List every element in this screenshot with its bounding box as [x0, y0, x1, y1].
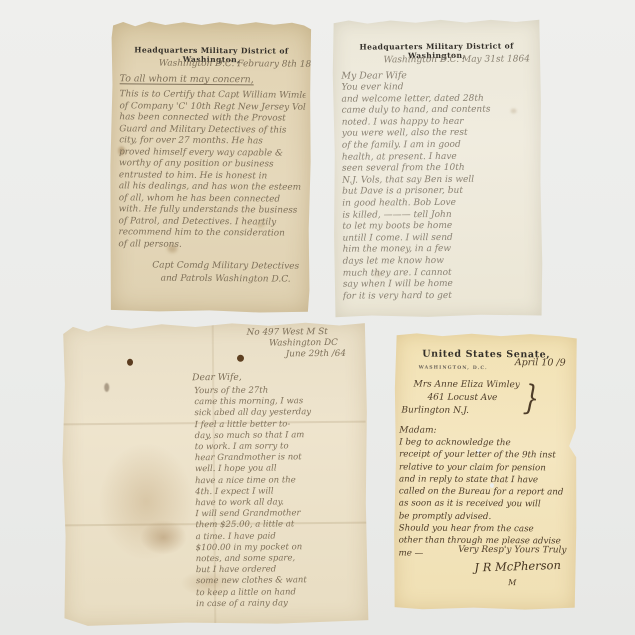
letter-senate-surface: United States Senate, WASHINGTON, D.C. A…	[393, 332, 578, 611]
salutation: My Dear Wife	[341, 70, 407, 81]
ink-speck	[127, 359, 133, 366]
handwritten-line: worthy of any position or business	[119, 158, 305, 171]
letter-body: I beg to acknowledge thereceipt of your …	[398, 436, 573, 560]
address-line: Burlington N.J.	[401, 404, 519, 418]
signature-line: and Patrols Washington D.C.	[147, 272, 304, 286]
handwritten-line: receipt of your letter of the 9th inst	[399, 449, 573, 462]
letter-body: You ever kindand welcome letter, dated 2…	[341, 81, 537, 303]
handwritten-line: recommend him to the consideration	[118, 227, 304, 240]
handwritten-line: of all persons.	[118, 239, 304, 252]
handwritten-line: Should you hear from the case	[399, 523, 573, 536]
letterhead-washington-dc: WASHINGTON, D.C.	[419, 366, 488, 371]
letter-folded-home: No 497 West M StWashington DCJune 29th /…	[61, 321, 370, 628]
pencil-mark	[104, 383, 109, 392]
closing-line: Very Resp'y Yours Truly	[458, 545, 566, 556]
handwritten-line: has been connected with the Provost	[119, 112, 305, 125]
handwritten-line: in case of a rainy day	[196, 598, 362, 611]
handwritten-line: relative to your claim for pension	[399, 461, 573, 474]
letter-senate-pension: United States Senate, WASHINGTON, D.C. A…	[393, 332, 578, 611]
handwritten-line: called on the Bureau for a report and	[399, 486, 573, 499]
letter-body: Yours of the 27thcame this morning, I wa…	[194, 385, 362, 611]
handwritten-line: This is to Certify that Capt William Wim…	[120, 89, 306, 102]
handwritten-line: and in reply to state that I have	[399, 473, 573, 486]
dateline: Washington D.C. May 31st 1864	[332, 54, 533, 65]
address-heading: No 497 West M StWashington DCJune 29th /…	[192, 327, 360, 361]
dateline: Washington D.C. February 8th 1862	[111, 58, 304, 70]
salutation: Dear Wife,	[192, 372, 242, 383]
handwritten-line: with. He fully understands the business	[119, 204, 305, 217]
handwritten-line: city, for over 27 months. He has	[119, 135, 305, 148]
letter-provost-certificate: Headquarters Military District of Washin…	[109, 20, 312, 314]
photo-background: Headquarters Military District of Washin…	[0, 0, 635, 635]
letter-soldier-to-wife: Headquarters Military District of Washin…	[332, 18, 543, 318]
letter-body: This is to Certify that Capt William Wim…	[118, 89, 305, 251]
signature-block: Capt Comdg Military Detectivesand Patrol…	[147, 260, 304, 286]
handwritten-line: I beg to acknowledge the	[399, 436, 573, 449]
water-stain	[98, 442, 195, 561]
handwritten-line: be promptly advised.	[399, 510, 573, 523]
signature-flourish: M	[508, 578, 516, 587]
salutation: Madam:	[399, 425, 436, 435]
address-line: Mrs Anne Eliza Wimley	[401, 378, 519, 392]
signature-line: Capt Comdg Military Detectives	[147, 260, 304, 274]
address-brace-flourish: }	[522, 379, 540, 418]
handwritten-line: all his dealings, and has won the esteem	[119, 181, 305, 194]
letter-folded-surface: No 497 West M StWashington DCJune 29th /…	[61, 321, 370, 628]
letter-provost-certificate-surface: Headquarters Military District of Washin…	[109, 20, 312, 314]
address-line: 461 Locust Ave	[401, 391, 519, 405]
heading-line: June 29th /64	[192, 349, 346, 361]
handwritten-line: as soon as it is received you will	[399, 498, 573, 511]
salutation: To all whom it may concern,	[120, 73, 254, 85]
signature: J R McPherson	[474, 558, 561, 574]
letter-soldier-surface: Headquarters Military District of Washin…	[332, 18, 543, 318]
recipient-address: Mrs Anne Eliza Wimley461 Locust AveBurli…	[401, 378, 520, 417]
letter-right-page: No 497 West M StWashington DCJune 29th /…	[192, 327, 360, 361]
handwritten-line: for it is very hard to get	[343, 290, 537, 303]
dateline: April 10 /9	[515, 357, 566, 368]
